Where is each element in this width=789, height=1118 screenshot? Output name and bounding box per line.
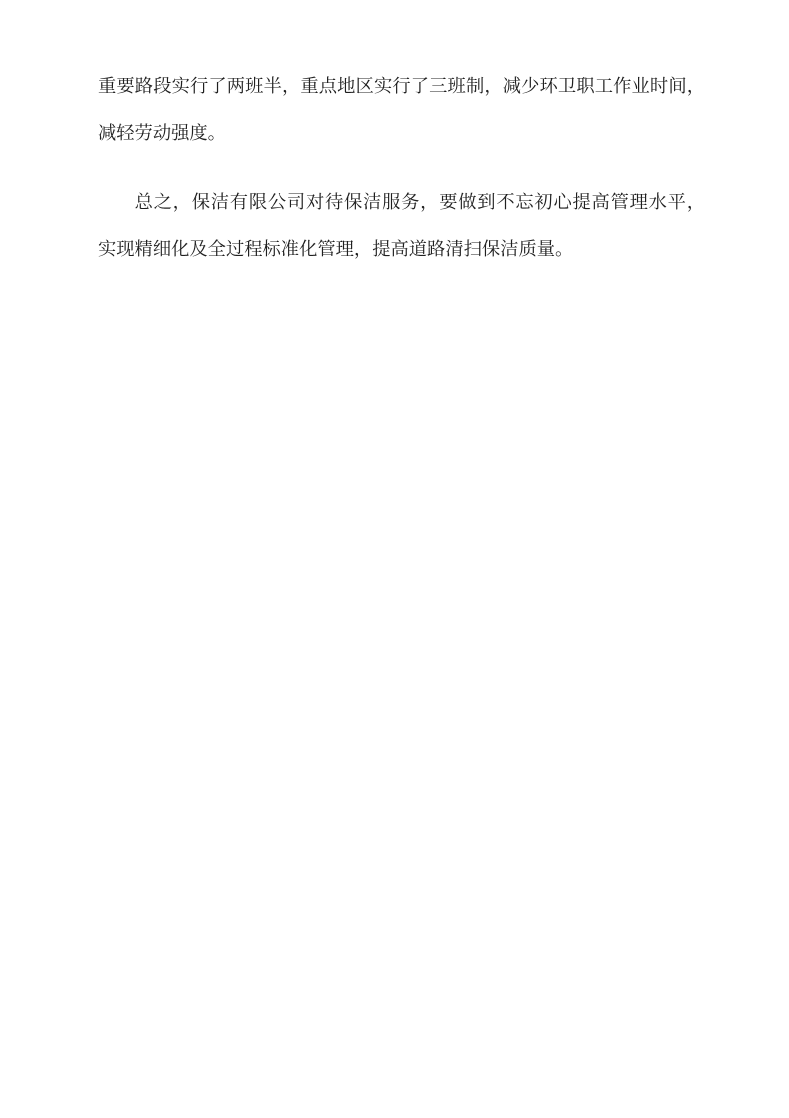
document-body: 重要路段实行了两班半，重点地区实行了三班制，减少环卫职工作业时间， 减轻劳动强度… (98, 63, 705, 273)
text-line: 减轻劳动强度。 (98, 110, 705, 157)
text-line: 重要路段实行了两班半，重点地区实行了三班制，减少环卫职工作业时间， (98, 63, 705, 110)
paragraph: 重要路段实行了两班半，重点地区实行了三班制，减少环卫职工作业时间， 减轻劳动强度… (98, 63, 705, 157)
paragraph: 总之，保洁有限公司对待保洁服务，要做到不忘初心提高管理水平， 实现精细化及全过程… (98, 179, 705, 273)
document-page: 重要路段实行了两班半，重点地区实行了三班制，减少环卫职工作业时间， 减轻劳动强度… (0, 0, 789, 1118)
text-line: 实现精细化及全过程标准化管理，提高道路清扫保洁质量。 (98, 226, 705, 273)
text-line: 总之，保洁有限公司对待保洁服务，要做到不忘初心提高管理水平， (98, 179, 705, 226)
